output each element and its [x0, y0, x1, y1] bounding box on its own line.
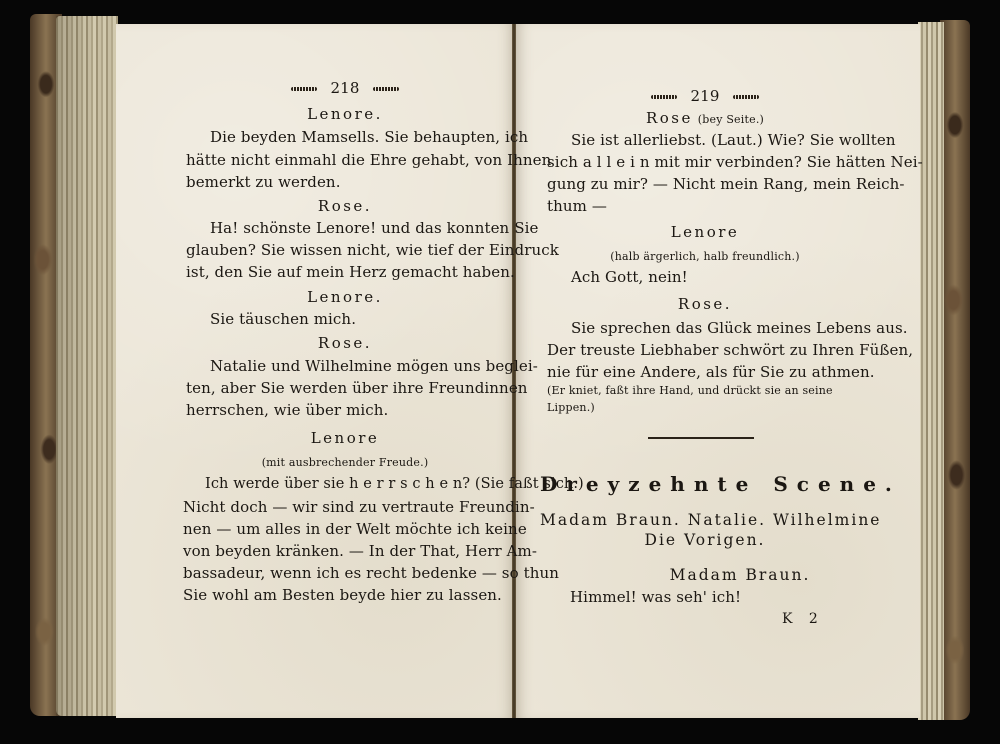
ornament-icon — [651, 95, 677, 99]
speech-line: bemerkt zu werden. — [186, 172, 341, 192]
speech-line: glauben? Sie wissen nicht, wie tief der … — [186, 240, 559, 260]
ornament-icon — [291, 87, 317, 91]
ornament-icon — [373, 87, 399, 91]
page-number-header: 218 — [180, 78, 510, 98]
open-book: 218 Lenore. Die beyden Mamsells. Sie beh… — [0, 0, 1000, 744]
stage-direction: (bey Seite.) — [698, 113, 764, 126]
speech-line: gung zu mir? — Nicht mein Rang, mein Rei… — [547, 174, 905, 194]
speech-line: Ach Gott, nein! — [571, 267, 688, 287]
page-number: 219 — [691, 87, 720, 105]
speech-line: Sie wohl am Besten beyde hier zu lassen. — [183, 585, 502, 605]
speech-line: Ha! schönste Lenore! und das konnten Sie — [210, 218, 538, 238]
marbled-cover-right — [940, 20, 970, 720]
speech-line: nie für eine Andere, als für Sie zu athm… — [547, 362, 875, 382]
speaker-name: Rose. — [180, 333, 510, 353]
speech-line: hätte nicht einmahl die Ehre gehabt, von… — [186, 150, 551, 170]
page-number-header: 219 — [540, 86, 870, 106]
scene-heading: Dreyzehnte Scene. — [540, 474, 870, 494]
stage-direction: (mit ausbrechender Freude.) — [180, 453, 510, 473]
speech-line: nen — um alles in der Welt möchte ich ke… — [183, 519, 527, 539]
speech-line: sich a l l e i n mit mir verbinden? Sie … — [547, 152, 923, 172]
speaker-name: Lenore — [540, 222, 870, 242]
speech-line: Der treuste Liebhaber schwört zu Ihren F… — [547, 340, 913, 360]
stage-direction: Lippen.) — [547, 398, 595, 418]
speaker-name: Lenore. — [180, 287, 510, 307]
speaker-name: Lenore — [180, 428, 510, 448]
speech-line: von beyden kränken. — In der That, Herr … — [183, 541, 537, 561]
speech-line: ist, den Sie auf mein Herz gemacht haben… — [186, 262, 515, 282]
speaker-heading: Rose (bey Seite.) — [540, 108, 870, 130]
cast-list-line: Die Vorigen. — [540, 530, 870, 550]
speaker-name: Lenore. — [180, 104, 510, 124]
speech-line: Die beyden Mamsells. Sie behaupten, ich — [210, 127, 528, 147]
speaker-name: Madam Braun. — [575, 565, 905, 585]
scene-divider-rule — [648, 437, 754, 439]
speech-line: thum — — [547, 196, 607, 216]
speech-line: Sie sprechen das Glück meines Lebens aus… — [571, 318, 908, 338]
speech-line: Natalie und Wilhelmine mögen uns beglei- — [210, 356, 538, 376]
page-block-edge-left — [56, 16, 118, 716]
speech-line: Himmel! was seh' ich! — [570, 587, 741, 607]
speech-line: herrschen, wie über mich. — [186, 400, 388, 420]
page-number: 218 — [331, 79, 360, 97]
ornament-icon — [733, 95, 759, 99]
speech-line: Sie ist allerliebst. (Laut.) Wie? Sie wo… — [571, 130, 896, 150]
speaker-name: Rose. — [180, 196, 510, 216]
stage-direction: (halb ärgerlich, halb freundlich.) — [540, 247, 870, 267]
speech-line: Nicht doch — wir sind zu vertraute Freun… — [183, 497, 535, 517]
speech-line: Sie täuschen mich. — [210, 309, 356, 329]
page-block-edge-right — [918, 22, 944, 720]
speech-line: ten, aber Sie werden über ihre Freundinn… — [186, 378, 528, 398]
speech-line: Ich werde über sie h e r r s c h e n? (S… — [205, 474, 584, 494]
speech-line: bassadeur, wenn ich es recht bedenke — s… — [183, 563, 559, 583]
speaker-name: Rose. — [540, 294, 870, 314]
cast-list-line: Madam Braun. Natalie. Wilhelmine — [540, 510, 870, 530]
signature-mark: K 2 — [782, 609, 824, 629]
speaker-name: Rose — [646, 109, 693, 127]
